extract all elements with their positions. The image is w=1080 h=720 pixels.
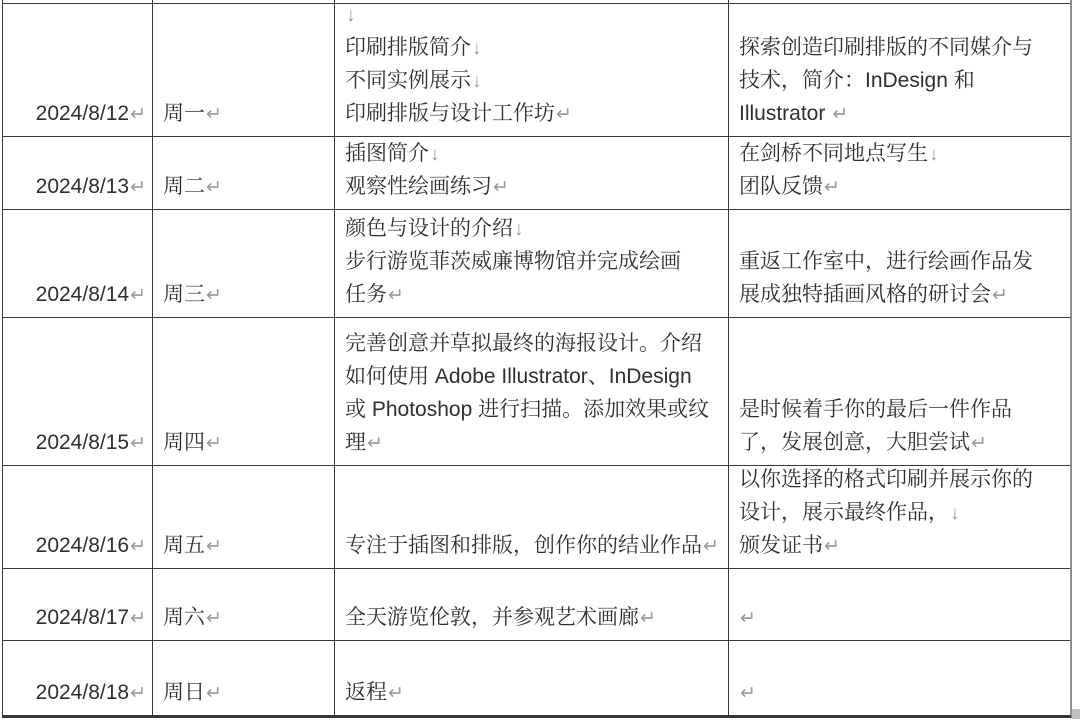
- activity-cell[interactable]: 全天游览伦敦，并参观艺术画廊↵: [335, 569, 729, 640]
- cell-text: 重返工作室中，进行绘画作品发: [739, 250, 1033, 273]
- document-page: 2024/8/12↵周一↵↓印刷排版简介↓不同实例展示↓印刷排版与设计工作坊↵探…: [0, 0, 1080, 720]
- table-row: 2024/8/14↵周三↵颜色与设计的介绍↓步行游览菲茨威廉博物馆并完成绘画任务…: [3, 210, 1070, 318]
- text-line: 技术，简介：InDesign 和: [739, 64, 1066, 97]
- text-line: 设计，展示最终作品，↓: [739, 496, 1066, 529]
- detail-cell[interactable]: 重返工作室中，进行绘画作品发展成独特插画风格的研讨会↵: [729, 210, 1070, 317]
- cell-end-mark: ↵: [129, 104, 146, 125]
- cell-text: 不同实例展示: [345, 69, 471, 92]
- cell-text: 如何使用 Adobe Illustrator、InDesign: [345, 365, 692, 388]
- cell-text: 颁发证书: [739, 534, 823, 557]
- cell-end-mark: ↵: [205, 104, 222, 125]
- text-line: 以你选择的格式印刷并展示你的: [739, 466, 1066, 496]
- text-line: 周四↵: [163, 426, 330, 459]
- detail-cell[interactable]: 在剑桥不同地点写生↓团队反馈↵: [729, 137, 1070, 209]
- text-line: 周三↵: [163, 278, 330, 311]
- text-line: 任务↵: [345, 278, 724, 311]
- cell-text: 完善创意并草拟最终的海报设计。介绍: [345, 332, 702, 355]
- line-break-mark: ↓: [429, 144, 440, 165]
- cell-end-mark: ↵: [387, 683, 404, 704]
- text-line: 理↵: [345, 426, 724, 459]
- text-line: 专注于插图和排版，创作你的结业作品↵: [345, 529, 724, 562]
- line-break-mark: ↓: [471, 38, 482, 59]
- text-line: 全天游览伦敦，并参观艺术画廊↵: [345, 601, 724, 634]
- cell-text: 或 Photoshop 进行扫描。添加效果或纹: [345, 398, 709, 421]
- cell-text: 在剑桥不同地点写生: [739, 142, 928, 165]
- day-cell[interactable]: 周日↵: [153, 641, 335, 715]
- cell-text: 印刷排版与设计工作坊: [345, 102, 555, 125]
- date-cell[interactable]: 2024/8/18↵: [3, 641, 153, 715]
- text-line: 是时候着手你的最后一件作品: [739, 393, 1066, 426]
- line-break-mark: ↓: [471, 71, 482, 92]
- cell-end-mark: ↵: [129, 433, 146, 454]
- cell-end-mark: ↵: [555, 104, 572, 125]
- activity-cell[interactable]: 插图简介↓观察性绘画练习↵: [335, 137, 729, 209]
- text-line: 如何使用 Adobe Illustrator、InDesign: [345, 360, 724, 393]
- text-line: 返程↵: [345, 676, 724, 709]
- cell-text: 2024/8/17: [36, 606, 129, 629]
- text-line: 插图简介↓: [345, 137, 724, 170]
- detail-cell[interactable]: ↵: [729, 569, 1070, 640]
- day-cell[interactable]: 周五↵: [153, 466, 335, 568]
- cell-end-mark: ↵: [991, 285, 1008, 306]
- date-cell[interactable]: 2024/8/12↵: [3, 4, 153, 136]
- cell-end-mark: ↵: [129, 285, 146, 306]
- cell-text: 周日: [163, 681, 205, 704]
- cell-text: 团队反馈: [739, 175, 823, 198]
- cell-text: 全天游览伦敦，并参观艺术画廊: [345, 606, 639, 629]
- cell-text: 颜色与设计的介绍: [345, 217, 513, 240]
- text-line: 周二↵: [163, 170, 330, 203]
- cell-text: 展成独特插画风格的研讨会: [739, 283, 991, 306]
- cell-end-mark: ↵: [387, 285, 404, 306]
- date-cell[interactable]: 2024/8/13↵: [3, 137, 153, 209]
- cell-end-mark: ↵: [702, 536, 719, 557]
- text-line: 探索创造印刷排版的不同媒介与: [739, 31, 1066, 64]
- cell-text: 观察性绘画练习: [345, 175, 492, 198]
- line-break-mark: ↓: [345, 5, 356, 26]
- line-break-mark: ↓: [513, 219, 524, 240]
- text-line: 周五↵: [163, 529, 330, 562]
- text-line: 2024/8/18↵: [13, 676, 148, 709]
- cell-end-mark: ↵: [205, 608, 222, 629]
- text-line: 不同实例展示↓: [345, 64, 724, 97]
- detail-cell[interactable]: 是时候着手你的最后一件作品了，发展创意，大胆尝试↵: [729, 318, 1070, 465]
- cell-end-mark: ↵: [639, 608, 656, 629]
- cell-end-mark: ↵: [739, 608, 756, 629]
- text-line: 展成独特插画风格的研讨会↵: [739, 278, 1066, 311]
- cell-text: 2024/8/16: [36, 534, 129, 557]
- text-line: 步行游览菲茨威廉博物馆并完成绘画: [345, 245, 724, 278]
- cell-text: 周六: [163, 606, 205, 629]
- cell-text: 周四: [163, 431, 205, 454]
- text-line: ↵: [739, 676, 1066, 709]
- text-line: 2024/8/13↵: [13, 170, 148, 203]
- date-cell[interactable]: 2024/8/14↵: [3, 210, 153, 317]
- cell-end-mark: ↵: [129, 683, 146, 704]
- detail-cell[interactable]: 探索创造印刷排版的不同媒介与技术，简介：InDesign 和Illustrato…: [729, 4, 1070, 136]
- table-row: 2024/8/13↵周二↵插图简介↓观察性绘画练习↵在剑桥不同地点写生↓团队反馈…: [3, 137, 1070, 210]
- cell-text: 插图简介: [345, 142, 429, 165]
- cell-text: 设计，展示最终作品，: [739, 501, 949, 524]
- text-line: 2024/8/17↵: [13, 601, 148, 634]
- activity-cell[interactable]: 完善创意并草拟最终的海报设计。介绍如何使用 Adobe Illustrator、…: [335, 318, 729, 465]
- cell-text: 探索创造印刷排版的不同媒介与: [739, 36, 1033, 59]
- table-row: 2024/8/17↵周六↵全天游览伦敦，并参观艺术画廊↵↵: [3, 569, 1070, 641]
- line-break-mark: ↓: [928, 144, 939, 165]
- day-cell[interactable]: 周二↵: [153, 137, 335, 209]
- text-line: 完善创意并草拟最终的海报设计。介绍: [345, 327, 724, 360]
- cell-end-mark: ↵: [205, 433, 222, 454]
- table-grid-remnant: [335, 0, 729, 3]
- text-line: 印刷排版简介↓: [345, 31, 724, 64]
- cell-text: 理: [345, 431, 366, 454]
- text-line: 2024/8/12↵: [13, 97, 148, 130]
- date-cell[interactable]: 2024/8/15↵: [3, 318, 153, 465]
- page-edge-artifact: [1072, 709, 1080, 719]
- cell-text: 任务: [345, 283, 387, 306]
- date-cell[interactable]: 2024/8/16↵: [3, 466, 153, 568]
- cell-text: 了，发展创意，大胆尝试: [739, 431, 970, 454]
- detail-cell[interactable]: 以你选择的格式印刷并展示你的设计，展示最终作品，↓颁发证书↵: [729, 466, 1070, 568]
- cell-end-mark: ↵: [205, 683, 222, 704]
- day-cell[interactable]: 周三↵: [153, 210, 335, 317]
- table-row: 2024/8/16↵周五↵专注于插图和排版，创作你的结业作品↵以你选择的格式印刷…: [3, 466, 1070, 569]
- detail-cell[interactable]: ↵: [729, 641, 1070, 715]
- text-line: ↓: [345, 4, 724, 31]
- cell-end-mark: ↵: [970, 433, 987, 454]
- text-line: 印刷排版与设计工作坊↵: [345, 97, 724, 130]
- cell-text: 周一: [163, 102, 205, 125]
- cell-text: 2024/8/14: [36, 283, 129, 306]
- text-line: 在剑桥不同地点写生↓: [739, 137, 1066, 170]
- text-line: 观察性绘画练习↵: [345, 170, 724, 203]
- cell-end-mark: ↵: [129, 608, 146, 629]
- date-cell[interactable]: 2024/8/17↵: [3, 569, 153, 640]
- cell-text: 2024/8/13: [36, 175, 129, 198]
- text-line: 或 Photoshop 进行扫描。添加效果或纹: [345, 393, 724, 426]
- cell-end-mark: ↵: [492, 177, 509, 198]
- cell-text: 步行游览菲茨威廉博物馆并完成绘画: [345, 250, 681, 273]
- activity-cell[interactable]: 颜色与设计的介绍↓步行游览菲茨威廉博物馆并完成绘画任务↵: [335, 210, 729, 317]
- cell-end-mark: ↵: [823, 177, 840, 198]
- text-line: 2024/8/16↵: [13, 529, 148, 562]
- activity-cell[interactable]: 返程↵: [335, 641, 729, 715]
- cell-end-mark: ↵: [205, 177, 222, 198]
- table-grid-remnant: [153, 0, 335, 3]
- text-line: 周一↵: [163, 97, 330, 130]
- text-line: 周日↵: [163, 676, 330, 709]
- cell-end-mark: ↵: [366, 433, 383, 454]
- text-line: 了，发展创意，大胆尝试↵: [739, 426, 1066, 459]
- schedule-table: 2024/8/12↵周一↵↓印刷排版简介↓不同实例展示↓印刷排版与设计工作坊↵探…: [2, 0, 1072, 718]
- day-cell[interactable]: 周一↵: [153, 4, 335, 136]
- cell-text: 是时候着手你的最后一件作品: [739, 398, 1012, 421]
- text-line: 团队反馈↵: [739, 170, 1066, 203]
- cell-text: Illustrator: [739, 102, 831, 125]
- table-grid-remnant: [729, 0, 1070, 3]
- text-line: 重返工作室中，进行绘画作品发: [739, 245, 1066, 278]
- text-line: Illustrator ↵: [739, 97, 1066, 130]
- cell-text: 2024/8/15: [36, 431, 129, 454]
- cell-text: 2024/8/18: [36, 681, 129, 704]
- cell-end-mark: ↵: [823, 536, 840, 557]
- day-cell[interactable]: 周六↵: [153, 569, 335, 640]
- activity-cell[interactable]: ↓印刷排版简介↓不同实例展示↓印刷排版与设计工作坊↵: [335, 4, 729, 136]
- cell-text: 周三: [163, 283, 205, 306]
- cell-end-mark: ↵: [129, 536, 146, 557]
- day-cell[interactable]: 周四↵: [153, 318, 335, 465]
- cell-text: 技术，简介：InDesign 和: [739, 69, 975, 92]
- text-line: 颜色与设计的介绍↓: [345, 212, 724, 245]
- table-rows: 2024/8/12↵周一↵↓印刷排版简介↓不同实例展示↓印刷排版与设计工作坊↵探…: [3, 4, 1070, 715]
- table-row: 2024/8/18↵周日↵返程↵↵: [3, 641, 1070, 715]
- cell-text: 专注于插图和排版，创作你的结业作品: [345, 534, 702, 557]
- cell-end-mark: ↵: [739, 683, 756, 704]
- cell-text: 周五: [163, 534, 205, 557]
- cell-text: 印刷排版简介: [345, 36, 471, 59]
- cell-end-mark: ↵: [831, 104, 848, 125]
- cell-text: 周二: [163, 175, 205, 198]
- cell-end-mark: ↵: [205, 285, 222, 306]
- cell-end-mark: ↵: [129, 177, 146, 198]
- cell-text: 返程: [345, 681, 387, 704]
- table-grid-remnant: [3, 0, 153, 3]
- cell-text: 以你选择的格式印刷并展示你的: [739, 468, 1033, 491]
- cell-end-mark: ↵: [205, 536, 222, 557]
- line-break-mark: ↓: [949, 503, 960, 524]
- table-row: 2024/8/12↵周一↵↓印刷排版简介↓不同实例展示↓印刷排版与设计工作坊↵探…: [3, 4, 1070, 137]
- text-line: 2024/8/15↵: [13, 426, 148, 459]
- cell-text: 2024/8/12: [36, 102, 129, 125]
- text-line: ↵: [739, 601, 1066, 634]
- activity-cell[interactable]: 专注于插图和排版，创作你的结业作品↵: [335, 466, 729, 568]
- text-line: 颁发证书↵: [739, 529, 1066, 562]
- text-line: 2024/8/14↵: [13, 278, 148, 311]
- table-row: 2024/8/15↵周四↵完善创意并草拟最终的海报设计。介绍如何使用 Adobe…: [3, 318, 1070, 466]
- text-line: 周六↵: [163, 601, 330, 634]
